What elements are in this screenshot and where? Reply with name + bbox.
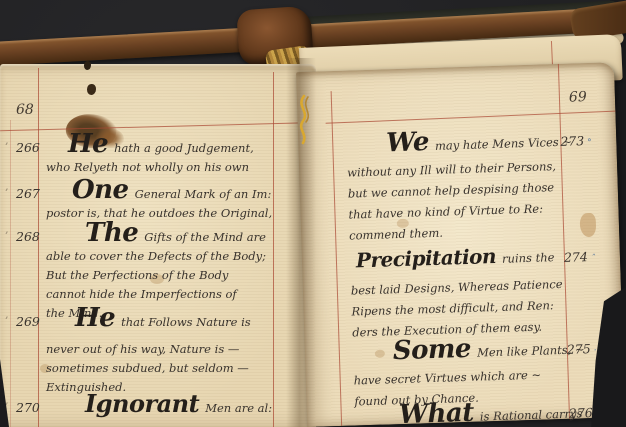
- entry-number-value: 273: [560, 133, 584, 149]
- sewing-thread: [292, 94, 318, 146]
- manuscript-entry: ’ 270 Ignorant Men are al:: [46, 392, 274, 418]
- ruled-line-vertical: [10, 120, 11, 427]
- margin-tick: ’: [5, 316, 8, 327]
- left-page: 68 ’ 266 He hath a good Judgement, who R…: [0, 64, 316, 427]
- page-number: 68: [16, 102, 34, 118]
- ruled-line-vertical: [38, 68, 39, 427]
- ruled-line-vertical: [558, 64, 570, 419]
- right-page: 69 273° We may hate Mens Vices ~ without…: [296, 62, 625, 427]
- entry-line: cannot hide the Imperfections of: [46, 285, 274, 304]
- entry-initial-word: The: [85, 221, 138, 245]
- entry-number: 267: [16, 186, 40, 201]
- entry-first-line: Ignorant Men are al:: [85, 392, 274, 418]
- manuscript-entry: 274ˆ Precipitation ruins the best laid D…: [350, 242, 559, 343]
- entry-number: 268: [16, 229, 40, 244]
- entry-initial-word: Ignorant: [85, 392, 199, 416]
- entry-first-line-text: ruins the: [502, 250, 555, 266]
- margin-mark: °: [587, 138, 592, 148]
- ruled-line-vertical: [331, 91, 343, 426]
- entry-initial-word: He: [68, 132, 108, 156]
- page-number: 69: [569, 89, 587, 106]
- entry-line: able to cover the Defects of the Body;: [46, 247, 274, 266]
- entry-initial-word: One: [72, 178, 129, 202]
- entry-first-line-text: Gifts of the Mind are: [144, 230, 266, 244]
- entry-first-line-text: General Mark of an Im:: [135, 187, 272, 201]
- foxing-spot: [580, 213, 597, 237]
- entry-number: 270: [16, 400, 40, 415]
- entry-number: 274ˆ: [564, 248, 612, 265]
- entry-number-value: 275: [567, 341, 591, 357]
- manuscript-entry: ’ 266 He hath a good Judgement, who Rely…: [46, 132, 274, 177]
- left-page-text-column: ’ 266 He hath a good Judgement, who Rely…: [46, 64, 274, 427]
- entry-first-line: One General Mark of an Im:: [72, 178, 274, 204]
- entry-number-value: 274: [564, 249, 588, 265]
- margin-mark: ·: [594, 346, 597, 356]
- manuscript-entry: ’ 267 One General Mark of an Im: postor …: [46, 178, 274, 223]
- entry-number: 269: [16, 314, 40, 329]
- entry-number: 273°: [560, 132, 608, 149]
- entry-number: 266: [16, 140, 40, 155]
- entry-initial-word: He: [75, 306, 115, 330]
- entry-first-line: The Gifts of the Mind are: [85, 221, 274, 247]
- entry-first-line-text: may hate Mens Vices ~: [435, 135, 572, 153]
- entry-initial-word: We: [386, 130, 429, 155]
- entry-first-line: What is Rational carrys: [398, 398, 561, 427]
- entry-first-line-text: is Rational carrys: [480, 406, 583, 423]
- entry-line: sometimes subdued, but seldom —: [46, 359, 274, 378]
- manuscript-entry: 273° We may hate Mens Vices ~ without an…: [346, 126, 555, 246]
- entry-initial-word: Precipitation: [356, 244, 497, 272]
- entry-line: never out of his way, Nature is —: [46, 340, 274, 359]
- margin-tick: ’: [5, 142, 8, 153]
- entry-initial-word: What: [398, 401, 474, 427]
- right-page-text-column: 273° We may hate Mens Vices ~ without an…: [344, 64, 561, 425]
- entry-first-line-text: Men are al:: [205, 401, 272, 415]
- entry-first-line-text: hath a good Judgement,: [114, 141, 254, 155]
- entry-line: But the Perfections of the Body: [46, 266, 274, 285]
- margin-mark: ˆ: [591, 254, 596, 264]
- entry-first-line: He hath a good Judgement,: [68, 132, 274, 158]
- manuscript-entry: ’ 269 He that Follows Nature is never ou…: [46, 306, 274, 397]
- margin-tick: ’: [5, 231, 8, 242]
- entry-first-line-text: that Follows Nature is: [121, 315, 251, 329]
- entry-initial-word: Some: [392, 337, 471, 363]
- entry-number-value: 276: [569, 405, 593, 421]
- entry-first-line: He that Follows Nature is: [75, 306, 274, 340]
- margin-tick: ’: [5, 188, 8, 199]
- open-manuscript-book-photo: 68 ’ 266 He hath a good Judgement, who R…: [0, 0, 626, 427]
